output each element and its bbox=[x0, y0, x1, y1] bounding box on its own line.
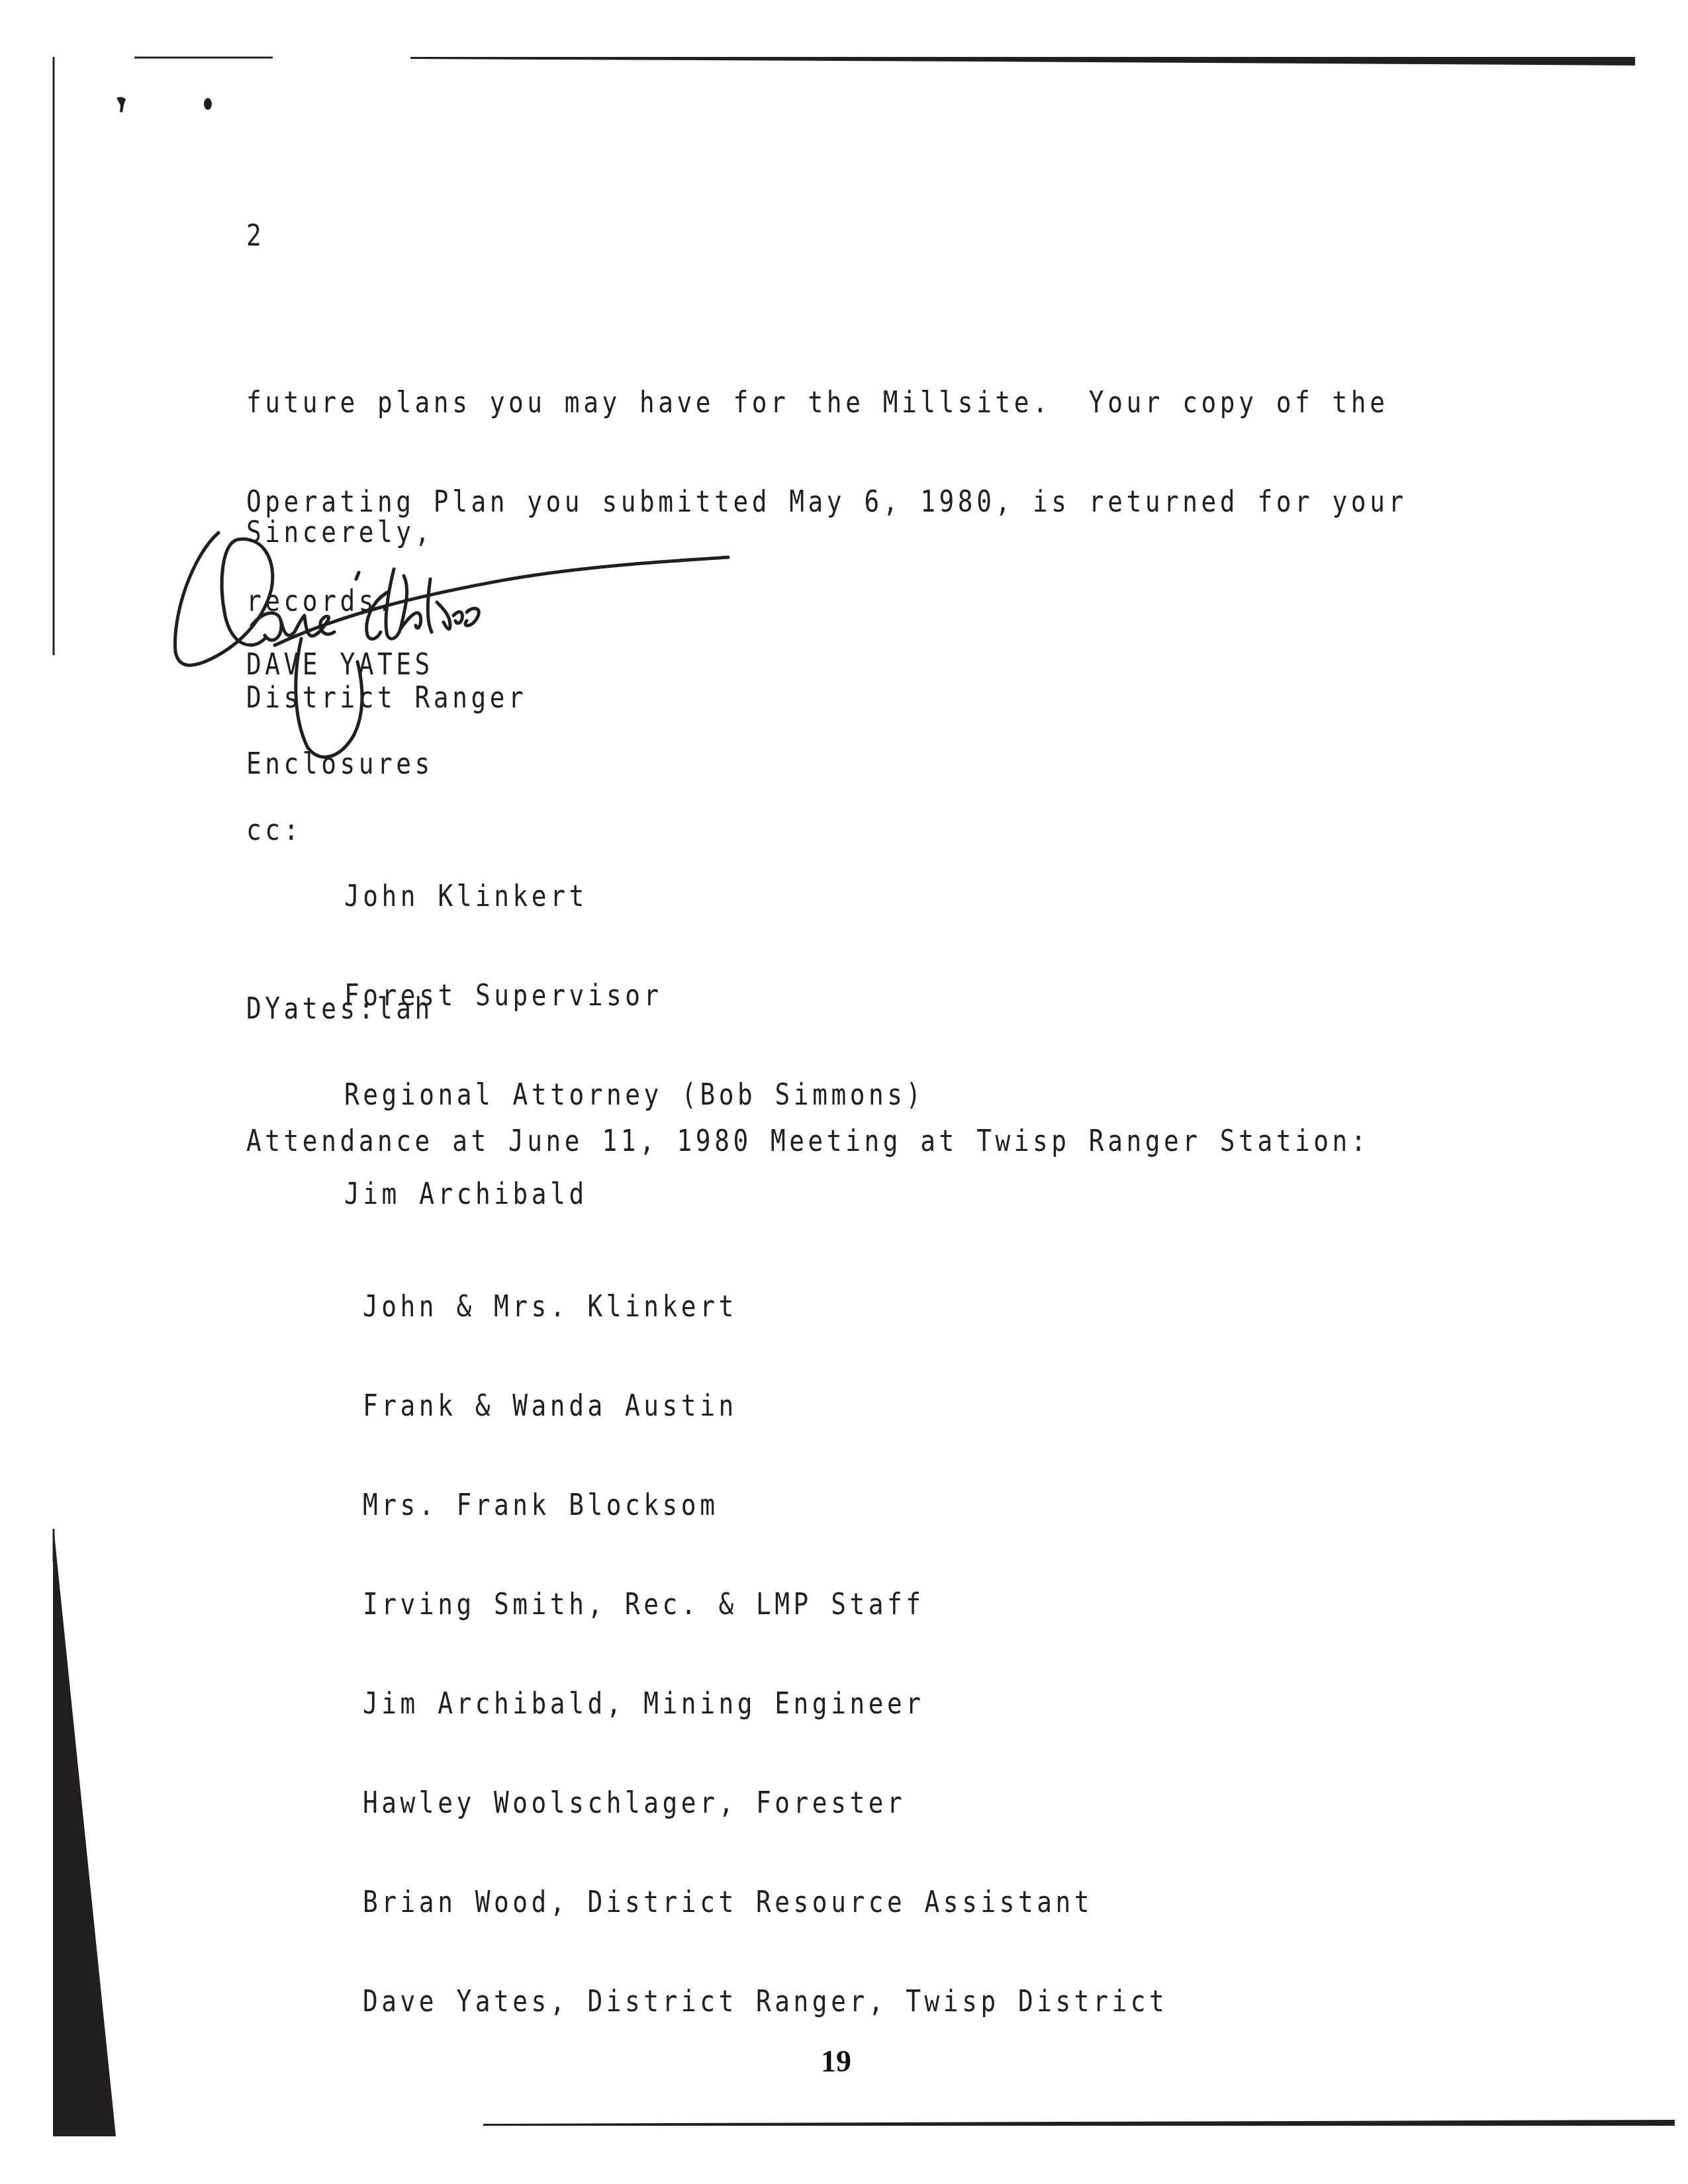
cc-recipient: John Klinkert bbox=[344, 880, 925, 913]
body-line: future plans you may have for the Millsi… bbox=[246, 387, 1407, 420]
attendee: Mrs. Frank Blocksom bbox=[363, 1489, 1168, 1522]
page-number-top: 2 bbox=[246, 220, 265, 253]
typist-initials: DYates:lah bbox=[246, 993, 434, 1026]
signer-name: DAVE YATES bbox=[246, 649, 434, 682]
attendee: Jim Archibald, Mining Engineer bbox=[363, 1688, 1168, 1721]
footer-page-number: 19 bbox=[821, 2045, 851, 2078]
attendee: Brian Wood, District Resource Assistant bbox=[363, 1886, 1168, 1919]
cc-recipient: Jim Archibald bbox=[344, 1178, 925, 1211]
attendee: Irving Smith, Rec. & LMP Staff bbox=[363, 1588, 1168, 1621]
signer-title: District Ranger bbox=[246, 682, 527, 715]
attendee-list: John & Mrs. Klinkert Frank & Wanda Austi… bbox=[363, 1224, 1168, 2052]
cc-recipient: Regional Attorney (Bob Simmons) bbox=[344, 1079, 925, 1112]
attendee: John & Mrs. Klinkert bbox=[363, 1291, 1168, 1324]
cc-recipient-list: John Klinkert Forest Supervisor Regional… bbox=[344, 814, 925, 1244]
signature-dave-yates bbox=[165, 503, 735, 768]
attendance-heading: Attendance at June 11, 1980 Meeting at T… bbox=[246, 1125, 1370, 1158]
attendee: Frank & Wanda Austin bbox=[363, 1390, 1168, 1423]
enclosures-note: Enclosures bbox=[246, 748, 434, 781]
cc-label: cc: bbox=[246, 814, 303, 847]
attendee: Hawley Woolschlager, Forester bbox=[363, 1787, 1168, 1820]
attendee: Dave Yates, District Ranger, Twisp Distr… bbox=[363, 1985, 1168, 2019]
